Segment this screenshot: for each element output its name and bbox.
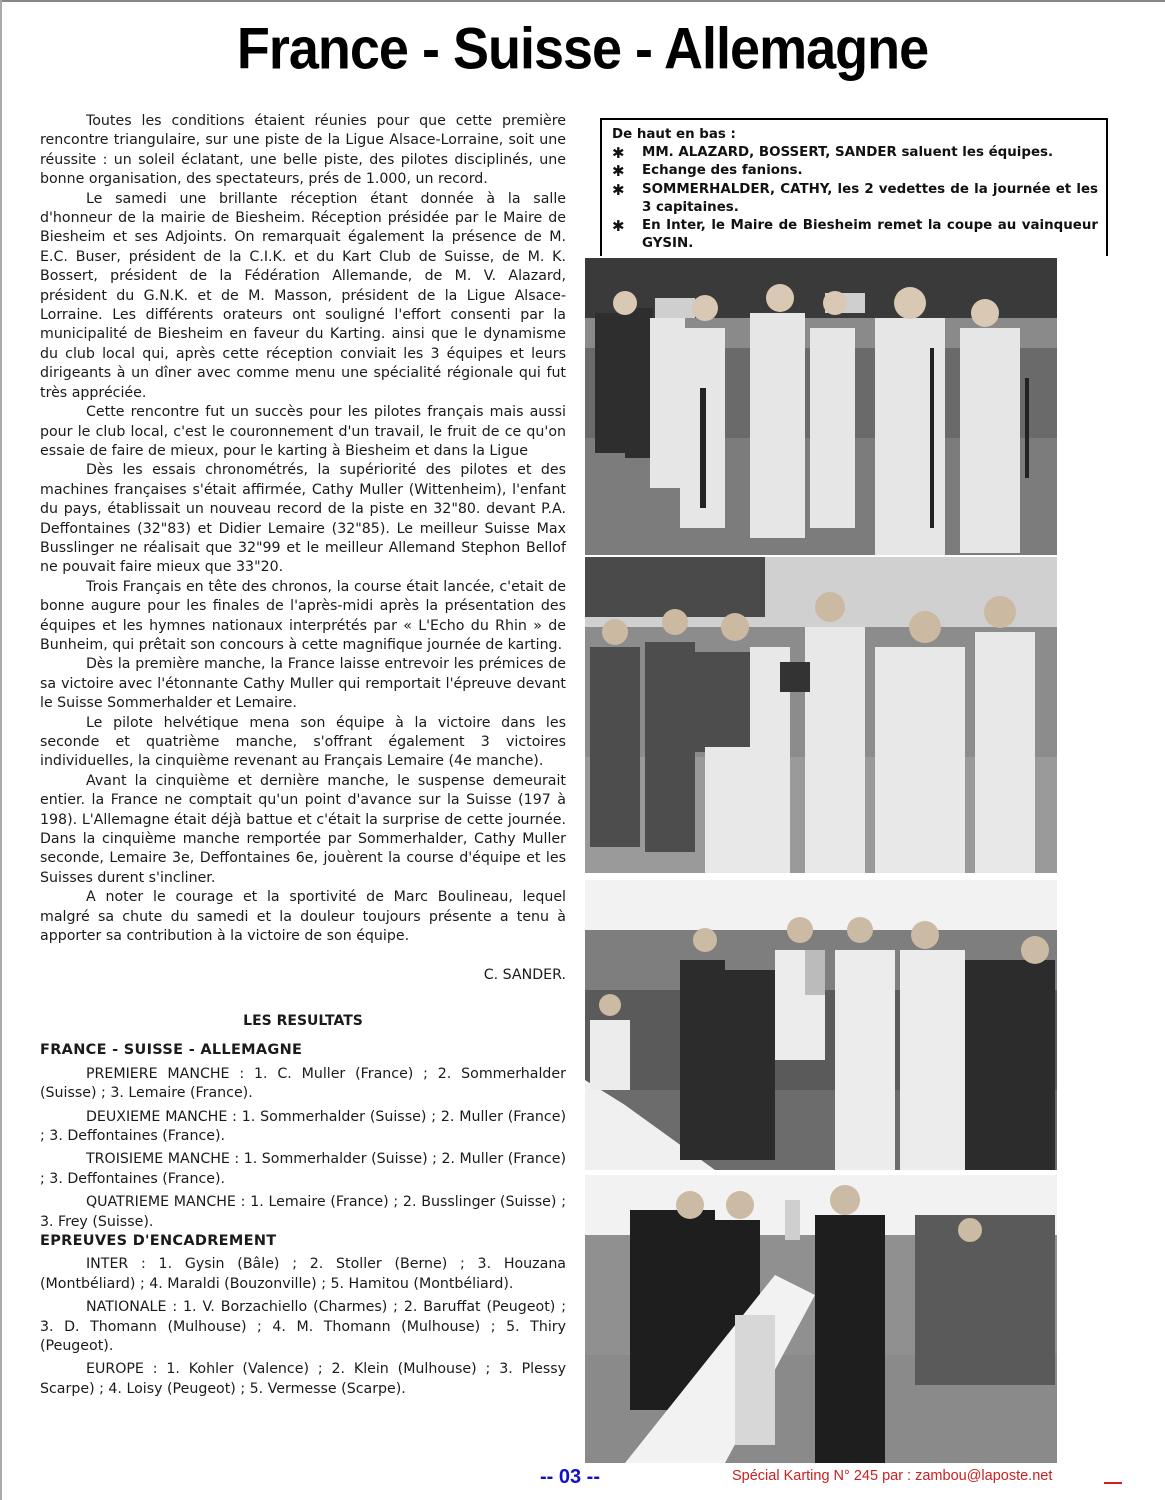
photo-pennant-exchange	[585, 557, 1057, 873]
footer-credit: Spécial Karting N° 245 par : zambou@lapo…	[732, 1468, 1052, 1484]
asterisk-bullet-icon: ✱	[612, 217, 642, 253]
article-paragraph: Dès la première manche, la France laisse…	[40, 655, 566, 713]
article-paragraph: A noter le courage et la sportivité de M…	[40, 888, 566, 946]
result-entry: TROISIEME MANCHE : 1. Sommerhalder (Suis…	[40, 1150, 566, 1189]
asterisk-bullet-icon: ✱	[612, 144, 642, 162]
caption-item: ✱ MM. ALAZARD, BOSSERT, SANDER saluent l…	[612, 144, 1098, 162]
result-entry: INTER : 1. Gysin (Bâle) ; 2. Stoller (Be…	[40, 1255, 566, 1294]
asterisk-bullet-icon: ✱	[612, 162, 642, 180]
results-section-heading: EPREUVES D'ENCADREMENT	[40, 1232, 566, 1251]
photo-handshake	[585, 258, 1057, 555]
result-entry: PREMIERE MANCHE : 1. C. Muller (France) …	[40, 1065, 566, 1104]
article-paragraph: Dès les essais chronométrés, la supérior…	[40, 461, 566, 577]
article-body: Toutes les conditions étaient réunies po…	[40, 112, 566, 1399]
photo-stars-and-captains	[585, 880, 1057, 1170]
page-number: -- 03 --	[540, 1466, 600, 1489]
page-border-top	[0, 0, 1165, 2]
article-paragraph: Toutes les conditions étaient réunies po…	[40, 112, 566, 190]
article-paragraph: Le samedi une brillante réception étant …	[40, 190, 566, 403]
result-entry: DEUXIEME MANCHE : 1. Sommerhalder (Suiss…	[40, 1108, 566, 1147]
caption-heading: De haut en bas :	[612, 126, 1098, 144]
asterisk-bullet-icon: ✱	[612, 181, 642, 217]
article-paragraph: Avant la cinquième et dernière manche, l…	[40, 772, 566, 888]
caption-item: ✱ SOMMERHALDER, CATHY, les 2 vedettes de…	[612, 181, 1098, 217]
footer-underscore	[1104, 1482, 1122, 1484]
photo-cup-presentation	[585, 1175, 1057, 1463]
caption-item: ✱ En Inter, le Maire de Biesheim remet l…	[612, 217, 1098, 253]
article-paragraph: Cette rencontre fut un succès pour les p…	[40, 403, 566, 461]
author-signature: C. SANDER.	[40, 966, 566, 985]
result-entry: QUATRIEME MANCHE : 1. Lemaire (France) ;…	[40, 1193, 566, 1232]
caption-item: ✱ Echange des fanions.	[612, 162, 1098, 180]
results-section-heading: FRANCE - SUISSE - ALLEMAGNE	[40, 1041, 566, 1060]
result-entry: EUROPE : 1. Kohler (Valence) ; 2. Klein …	[40, 1360, 566, 1399]
article-paragraph: Le pilote helvétique mena son équipe à l…	[40, 714, 566, 772]
result-entry: NATIONALE : 1. V. Borzachiello (Charmes)…	[40, 1298, 566, 1356]
results-heading: LES RESULTATS	[40, 1012, 566, 1031]
article-paragraph: Trois Français en tête des chronos, la c…	[40, 578, 566, 656]
page-title: France - Suisse - Allemagne	[0, 16, 1165, 83]
photo-caption-box: De haut en bas : ✱ MM. ALAZARD, BOSSERT,…	[600, 118, 1108, 256]
page-border-left	[0, 0, 2, 1500]
